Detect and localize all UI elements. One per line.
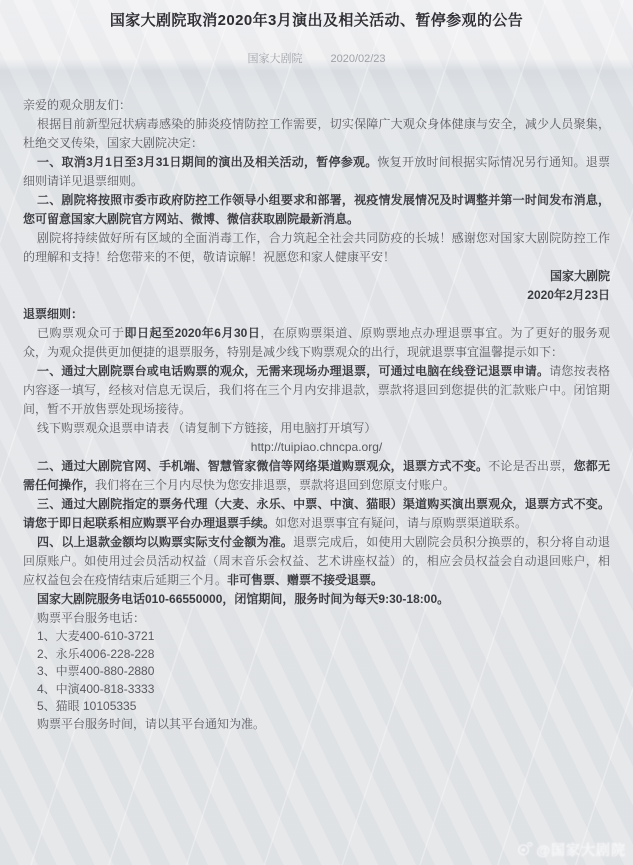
weibo-watermark: @国家大剧院 — [516, 839, 626, 860]
service-phone-line: 国家大剧院服务电话010-66550000，闭馆期间，服务时间为每天9:30-1… — [23, 590, 610, 609]
platform-note: 购票平台服务时间，请以其平台通知为准。 — [23, 716, 610, 734]
salutation: 亲爱的观众朋友们： — [23, 96, 610, 115]
refund-item-1: 一、通过大剧院票台或电话购票的观众，无需来现场办理退票，可通过电脑在线登记退票申… — [23, 362, 610, 419]
closing-paragraph: 剧院将持续做好所有区域的全面消毒工作，合力筑起全社会共同防疫的长城！感谢您对国家… — [23, 229, 610, 267]
byline: 国家大剧院2020/02/23 — [0, 52, 633, 67]
weibo-icon — [516, 839, 536, 860]
platform-phone-maoyan: 5、猫眼 10105335 — [23, 698, 610, 716]
refund-item-4: 四、以上退款金额均以购票实际支付金额为准。退票完成后，如使用大剧院会员积分换票的… — [23, 533, 610, 590]
refund-form-url-line: http://tuipiao.chncpa.org/ — [23, 438, 610, 457]
platform-phone-heading: 购票平台服务电话： — [23, 609, 610, 628]
letter-item-2: 二、剧院将按照市委市政府防控工作领导小组要求和部署，视疫情发展情况及时调整并第一… — [23, 191, 610, 229]
refund-form-url-link[interactable]: http://tuipiao.chncpa.org/ — [251, 440, 382, 454]
signature: 国家大剧院 — [23, 267, 610, 286]
letter-item-1: 一、取消3月1日至3月31日期间的演出及相关活动，暂停参观。恢复开放时间根据实际… — [23, 153, 610, 191]
platform-phone-yongle: 2、永乐4006-228-228 — [23, 646, 610, 664]
announcement-body: 亲爱的观众朋友们： 根据目前新型冠状病毒感染的肺炎疫情防控工作需要，切实保障广大… — [0, 67, 633, 733]
refund-form-line: 线下购票观众退票申请表 （请复制下方链接，用电脑打开填写） — [23, 419, 610, 438]
refund-intro: 已购票观众可于即日起至2020年6月30日，在原购票渠道、原购票地点办理退票事宜… — [23, 324, 610, 362]
intro-paragraph: 根据目前新型冠状病毒感染的肺炎疫情防控工作需要，切实保障广大观众身体健康与安全，… — [23, 115, 610, 153]
weibo-watermark-text: @国家大剧院 — [536, 840, 626, 860]
announcement-page: 国家大剧院取消2020年3月演出及相关活动、暂停参观的公告 国家大剧院2020/… — [0, 0, 633, 865]
signature-date: 2020年2月23日 — [23, 286, 610, 305]
platform-phone-zhongyan: 4、中演400-818-3333 — [23, 681, 610, 699]
refund-heading: 退票细则： — [23, 305, 610, 324]
refund-item-2: 二、通过大剧院官网、手机端、智慧管家微信等网络渠道购票观众，退票方式不变。不论是… — [23, 457, 610, 495]
refund-item-3: 三、通过大剧院指定的票务代理（大麦、永乐、中票、中演、猫眼）渠道购买演出票观众，… — [23, 495, 610, 533]
byline-source: 国家大剧院 — [247, 53, 302, 65]
platform-phone-damai: 1、大麦400-610-3721 — [23, 628, 610, 646]
announcement-header: 国家大剧院取消2020年3月演出及相关活动、暂停参观的公告 国家大剧院2020/… — [0, 0, 633, 67]
platform-phone-zhongpiao: 3、中票400-880-2880 — [23, 663, 610, 681]
page-title: 国家大剧院取消2020年3月演出及相关活动、暂停参观的公告 — [0, 11, 633, 31]
byline-date: 2020/02/23 — [330, 53, 385, 65]
